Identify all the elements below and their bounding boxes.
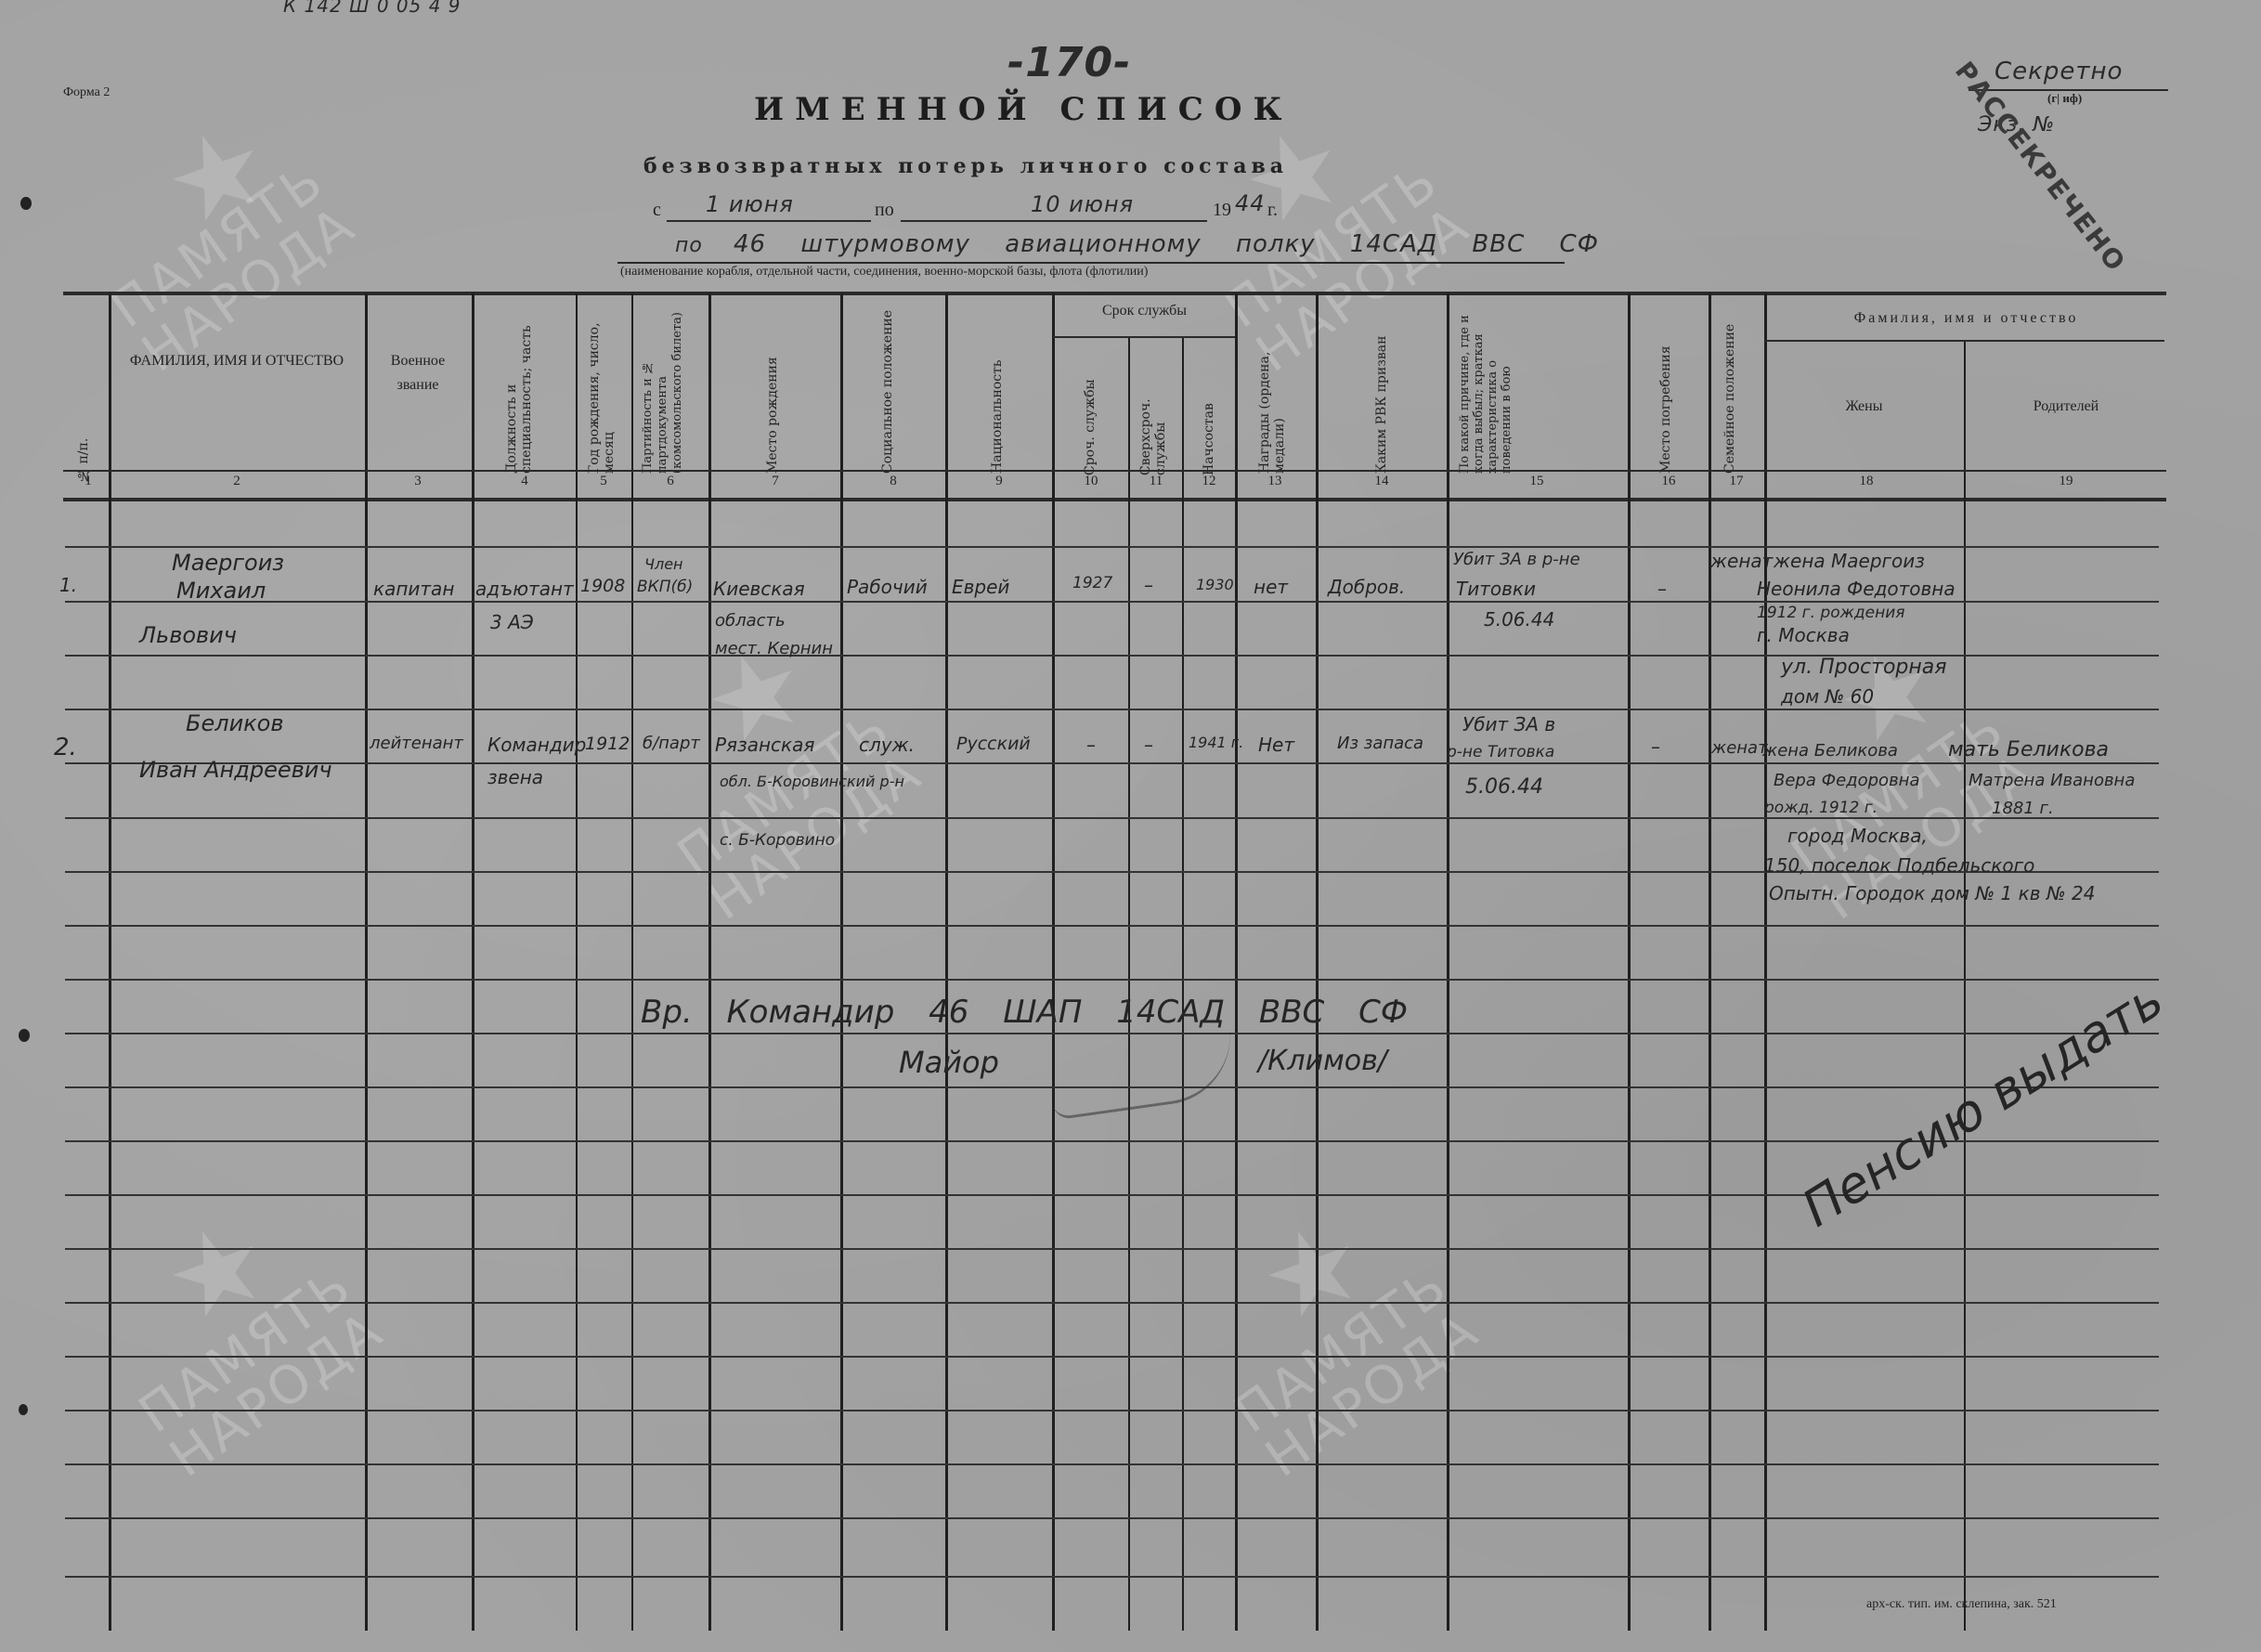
family-status: женат xyxy=(1711,738,1768,758)
document-page: ★ ПАМЯТЬНАРОДА ★ ПАМЯТЬНАРОДА ★ ПАМЯТЬНА… xyxy=(0,0,2261,1652)
punch-hole-mark xyxy=(20,197,32,210)
period-from: 1 июня xyxy=(706,191,794,217)
header-col-12: Начсостав xyxy=(1202,345,1216,475)
header-col-4: Должность и специальность; часть xyxy=(504,306,534,474)
birthplace: Рязанская xyxy=(715,734,814,756)
header-col-17: Семейное положение xyxy=(1722,306,1737,474)
position: Командир xyxy=(487,734,586,756)
header-col-9: Национальность xyxy=(990,306,1005,474)
header-col-16: Место погребения xyxy=(1658,306,1673,474)
social-status: служ. xyxy=(859,734,915,756)
rank: лейтенант xyxy=(370,734,463,753)
form-label: Форма 2 xyxy=(63,85,110,100)
header-col-5: Год рождения, число, месяц xyxy=(587,306,617,474)
signature-name: /Климов/ xyxy=(1258,1045,1387,1077)
wife: жена Беликова xyxy=(1762,741,1898,761)
loss-reason: Убит ЗА в р-не xyxy=(1453,550,1580,569)
punch-hole-mark xyxy=(19,1029,30,1042)
birthplace: Киевская xyxy=(713,578,805,600)
rank: капитан xyxy=(373,578,454,600)
document-subtitle: безвозвратных потерь личного состава xyxy=(643,154,1288,178)
wife: жена Маергоиз xyxy=(1774,550,1925,572)
surname: Беликов xyxy=(186,710,284,736)
archive-reference: К 142 Ш 0 05 4 9 xyxy=(283,0,461,17)
header-col-3: Военное звание xyxy=(371,349,464,397)
period-to: 10 июня xyxy=(1031,191,1134,217)
party: б/парт xyxy=(643,734,700,753)
classification-label: Секретно xyxy=(1995,58,2123,85)
patronymic: Львович xyxy=(139,622,237,648)
page-number: -170- xyxy=(1007,39,1131,86)
header-col-14: Каким РВК призван xyxy=(1374,306,1389,474)
address: город Москва, xyxy=(1787,825,1928,847)
nationality: Еврей xyxy=(952,576,1009,598)
document-title: ИМЕННОЙ СПИСОК xyxy=(754,91,1293,128)
awards: нет xyxy=(1254,576,1288,598)
header-col-1: № п/п. xyxy=(76,409,91,483)
loss-reason: Убит ЗА в xyxy=(1462,713,1555,735)
header-group-relatives: Фамилия, имя и отчество xyxy=(1769,306,2164,331)
header-col-7: Место рождения xyxy=(765,306,780,474)
header-col-13: Награды (ордена, медали) xyxy=(1257,306,1287,474)
header-col-6: Партийность и № партдокумента (комсомоль… xyxy=(641,306,685,474)
signature-scribble xyxy=(1046,1027,1239,1120)
header-col-18: Жены xyxy=(1769,395,1959,419)
header-col-10: Сроч. службы xyxy=(1083,345,1098,475)
header-col-11: Сверхсроч. службы xyxy=(1138,345,1168,475)
social-status: Рабочий xyxy=(847,576,928,598)
handwritten-note: Пенсию выдать xyxy=(1792,969,2174,1238)
header-col-2: ФАМИЛИЯ, ИМЯ И ОТЧЕСТВО xyxy=(116,349,357,373)
header-col-8: Социальное положение xyxy=(880,306,895,474)
printer-imprint: арх-ск. тип. им. склепина, зак. 521 xyxy=(1866,1597,2057,1612)
parents: мать Беликова xyxy=(1948,738,2109,761)
punch-hole-mark xyxy=(19,1404,28,1415)
party: Член xyxy=(644,555,683,573)
first-name: Михаил xyxy=(176,578,266,604)
header-col-15: По какой причине, где и когда выбыл; кра… xyxy=(1458,306,1514,474)
rvk: Добров. xyxy=(1328,576,1405,598)
signature-title: Вр. Командир 46 ШАП 14САД ВВС СФ xyxy=(641,994,1408,1031)
birth-year: 1912 xyxy=(585,734,630,754)
surname: Маергоиз xyxy=(172,550,284,576)
rvk: Из запаса xyxy=(1337,734,1423,753)
position: адъютант xyxy=(475,578,574,600)
family-status: женат xyxy=(1710,550,1773,572)
birth-year: 1908 xyxy=(580,576,625,596)
unit-caption: (наименование корабля, отдельной части, … xyxy=(620,265,1148,280)
unit-name: 46 штурмовому авиационному полку 14САД В… xyxy=(734,230,1599,258)
signature-rank: Майор xyxy=(899,1045,999,1080)
nationality: Русский xyxy=(956,734,1031,754)
header-col-19: Родителей xyxy=(1969,395,2164,419)
period-year: 44 xyxy=(1235,190,1266,216)
awards: Нет xyxy=(1258,734,1294,756)
first-name: Иван Андреевич xyxy=(139,757,332,783)
header-group-service-term: Срок службы xyxy=(1059,299,1230,323)
